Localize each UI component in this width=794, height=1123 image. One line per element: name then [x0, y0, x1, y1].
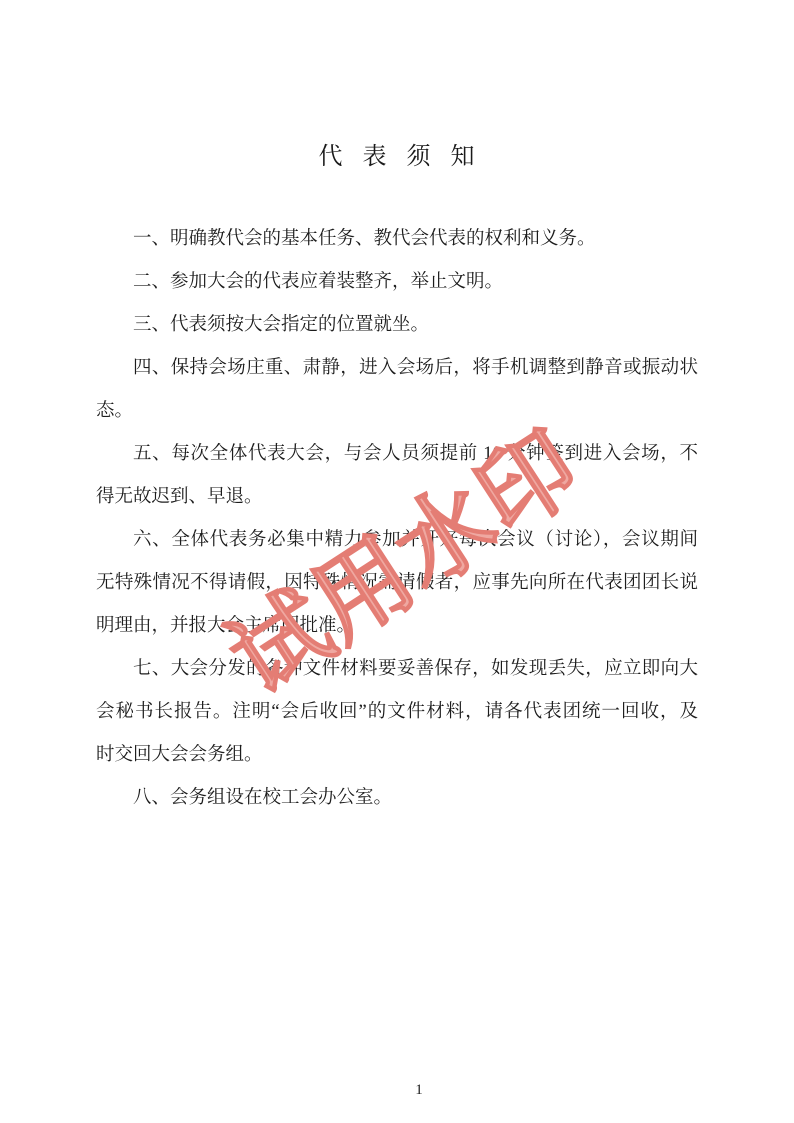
- notice-line: 得无故迟到、早退。: [96, 476, 698, 519]
- document-title: 代 表 须 知: [96, 136, 698, 171]
- notice-item-2: 二、参加大会的代表应着装整齐，举止文明。: [96, 261, 698, 304]
- notice-line: 七、大会分发的各种文件材料要妥善保存，如发现丢失，应立即向大: [96, 648, 698, 691]
- notice-line: 八、会务组设在校工会办公室。: [96, 777, 698, 820]
- notice-line: 无特殊情况不得请假，因特殊情况需请假者，应事先向所在代表团团长说: [96, 562, 698, 605]
- notice-item-8: 八、会务组设在校工会办公室。: [96, 777, 698, 820]
- notice-line: 明理由，并报大会主席团批准。: [96, 605, 698, 648]
- notice-item-7: 七、大会分发的各种文件材料要妥善保存，如发现丢失，应立即向大 会秘书长报告。注明…: [96, 648, 698, 777]
- notice-line: 六、全体代表务必集中精力参加并开好每次会议（讨论），会议期间: [96, 519, 698, 562]
- notice-line: 四、保持会场庄重、肃静，进入会场后，将手机调整到静音或振动状: [96, 347, 698, 390]
- notice-line: 态。: [96, 390, 698, 433]
- notice-line: 时交回大会会务组。: [96, 734, 698, 777]
- notice-line: 三、代表须按大会指定的位置就坐。: [96, 304, 698, 347]
- notice-line: 会秘书长报告。注明“会后收回”的文件材料，请各代表团统一回收，及: [96, 691, 698, 734]
- page-number: 1: [406, 1082, 432, 1099]
- notice-item-1: 一、明确教代会的基本任务、教代会代表的权利和义务。: [96, 218, 698, 261]
- notice-line: 二、参加大会的代表应着装整齐，举止文明。: [96, 261, 698, 304]
- notice-item-6: 六、全体代表务必集中精力参加并开好每次会议（讨论），会议期间 无特殊情况不得请假…: [96, 519, 698, 648]
- document-body: 一、明确教代会的基本任务、教代会代表的权利和义务。 二、参加大会的代表应着装整齐…: [96, 218, 698, 820]
- notice-line: 五、每次全体代表大会，与会人员须提前 10 分钟签到进入会场，不: [96, 433, 698, 476]
- notice-line: 一、明确教代会的基本任务、教代会代表的权利和义务。: [96, 218, 698, 261]
- document-page: 代 表 须 知 一、明确教代会的基本任务、教代会代表的权利和义务。 二、参加大会…: [0, 0, 794, 1123]
- notice-item-4: 四、保持会场庄重、肃静，进入会场后，将手机调整到静音或振动状 态。: [96, 347, 698, 433]
- notice-item-5: 五、每次全体代表大会，与会人员须提前 10 分钟签到进入会场，不 得无故迟到、早…: [96, 433, 698, 519]
- notice-item-3: 三、代表须按大会指定的位置就坐。: [96, 304, 698, 347]
